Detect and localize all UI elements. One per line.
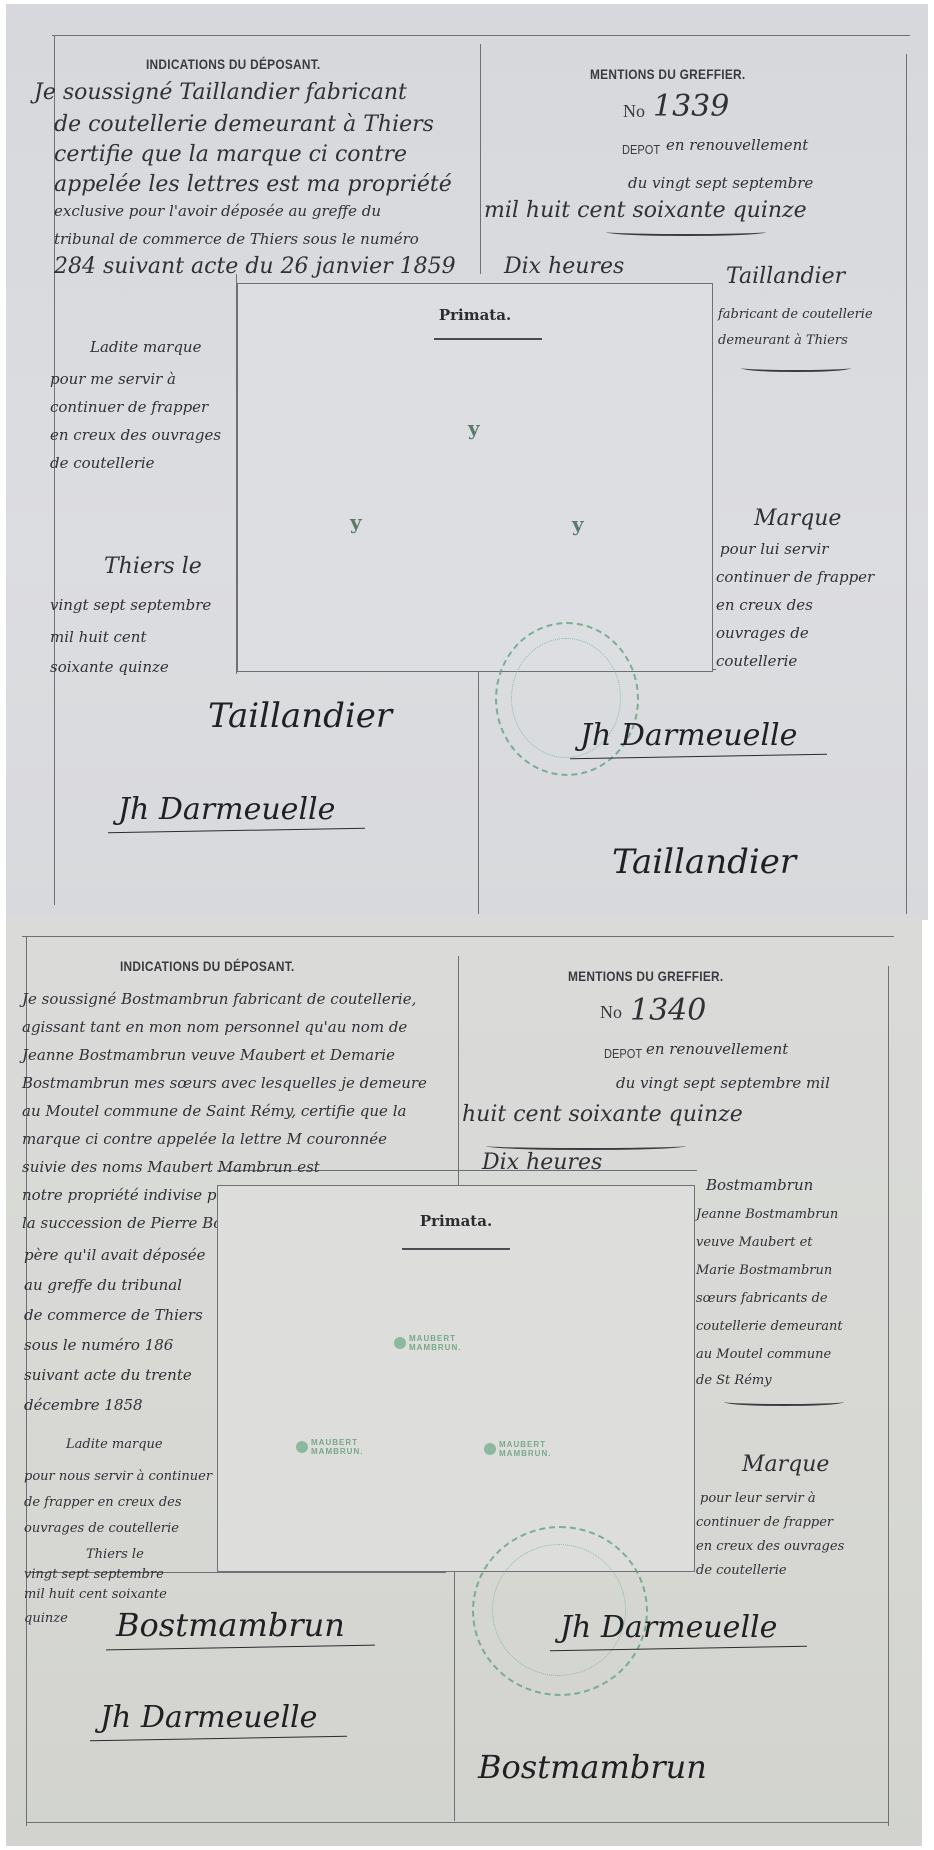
flourish — [606, 228, 766, 236]
left-margin-line: ouvrages de coutellerie — [24, 1522, 179, 1535]
depositor-line: tribunal de commerce de Thiers sous le n… — [54, 232, 419, 247]
left-margin-line: Thiers le — [86, 1548, 144, 1561]
mark-text-bottom: MAMBRUN. — [409, 1343, 461, 1352]
maubert-mambrun-mark: MAUBERTMAMBRUN. — [484, 1440, 551, 1458]
left-margin-line: de coutellerie — [50, 456, 155, 471]
trademark-y: y — [572, 512, 584, 536]
right-margin-line: pour leur servir à — [700, 1492, 816, 1505]
right-margin-line: de St Rémy — [696, 1374, 772, 1387]
depositor-signature-right: Taillandier — [612, 842, 796, 882]
mark-text-bottom: MAMBRUN. — [499, 1449, 551, 1458]
crown-emblem-icon — [484, 1443, 496, 1455]
greffier-date-line: du vingt sept septembre — [628, 176, 813, 191]
greffier-date-line: mil huit cent soixante quinze — [484, 200, 807, 222]
frame-top-rule — [52, 35, 910, 36]
depot-text: en renouvellement — [666, 138, 808, 153]
flourish — [486, 1142, 686, 1150]
depot-label: DEPOT — [622, 142, 660, 157]
title-underline — [434, 338, 542, 340]
depositor-signature: Taillandier — [208, 696, 392, 736]
greffier-side-line: Taillandier — [726, 266, 845, 288]
clerk-signature-text: Jh Darmeuelle — [118, 792, 335, 827]
trademark-box-1340: Primata. MAUBERTMAMBRUN. MAUBERTMAMBRUN.… — [217, 1185, 695, 1572]
clerk-signature-text: Jh Darmeuelle — [580, 718, 797, 753]
left-heading: INDICATIONS DU DÉPOSANT. — [146, 56, 321, 72]
left-margin-line: mil huit cent — [50, 630, 146, 645]
left-heading: INDICATIONS DU DÉPOSANT. — [120, 958, 295, 974]
right-margin-line: Marie Bostmambrun — [696, 1264, 832, 1277]
right-margin-line: en creux des ouvrages — [696, 1540, 844, 1553]
clerk-signature-left: Jh Darmeuelle — [100, 1700, 317, 1735]
column-divider-bottom — [454, 1571, 455, 1821]
depositor-line: suivant acte du trente — [24, 1368, 192, 1383]
left-margin-line: pour me servir à — [50, 372, 176, 387]
trademark-y: y — [468, 416, 480, 440]
greffier-side-line: fabricant de coutellerie — [718, 308, 873, 321]
left-margin-line: en creux des ouvrages — [50, 428, 221, 443]
depositor-line: marque ci contre appelée la lettre M cou… — [22, 1132, 387, 1147]
right-margin-line: Jeanne Bostmambrun — [696, 1208, 838, 1221]
depositor-line: père qu'il avait déposée — [24, 1248, 206, 1263]
frame-right-rule — [888, 966, 889, 1826]
title-underline — [402, 1248, 510, 1250]
right-heading: MENTIONS DU GREFFIER. — [590, 66, 745, 82]
depositor-line: Bostmambrun mes sœurs avec lesquelles je… — [22, 1076, 427, 1091]
right-margin-line: ouvrages de — [716, 626, 809, 641]
flourish — [741, 364, 851, 372]
clerk-signature-text: Jh Darmeuelle — [560, 1610, 777, 1645]
frame-top-rule — [22, 936, 894, 937]
maubert-mambrun-mark: MAUBERTMAMBRUN. — [296, 1438, 363, 1456]
mark-text-top: MAUBERT — [409, 1334, 456, 1343]
record-number: 1340 — [630, 996, 706, 1026]
right-margin-line: Bostmambrun — [706, 1178, 813, 1193]
column-divider-top — [480, 44, 481, 274]
left-margin-line: de frapper en creux des — [24, 1496, 182, 1509]
depositor-signature: Bostmambrun — [116, 1606, 345, 1644]
mark-text-top: MAUBERT — [311, 1438, 358, 1447]
frame-bottom-rule — [26, 1822, 888, 1823]
depositor-line: au greffe du tribunal — [24, 1278, 182, 1293]
depot-label: DEPOT — [604, 1046, 642, 1061]
depositor-line: Je soussigné Taillandier fabricant — [34, 82, 407, 104]
right-margin-line: continuer de frapper — [696, 1516, 833, 1529]
greffier-date-line: du vingt sept septembre mil — [616, 1076, 830, 1091]
depositor-line: de coutellerie demeurant à Thiers — [54, 114, 434, 136]
clerk-signature-text: Jh Darmeuelle — [100, 1700, 317, 1735]
right-margin-line: coutellerie — [716, 654, 797, 669]
depositor-line: certifie que la marque ci contre — [54, 144, 407, 166]
depositor-line: au Moutel commune de Saint Rémy, certifi… — [22, 1104, 406, 1119]
left-margin-line: vingt sept septembre — [50, 598, 211, 613]
left-margin-line: Ladite marque — [66, 1438, 163, 1451]
maubert-mambrun-mark: MAUBERTMAMBRUN. — [394, 1334, 461, 1352]
depositor-line: sous le numéro 186 — [24, 1338, 173, 1353]
mark-box-title: Primata. — [218, 1212, 694, 1230]
left-margin-line: quinze — [24, 1612, 68, 1625]
right-margin-line: Marque — [742, 1454, 829, 1476]
mark-text-top: MAUBERT — [499, 1440, 546, 1449]
trademark-y: y — [350, 510, 362, 534]
depositor-line: 284 suivant acte du 26 janvier 1859 — [54, 256, 456, 278]
depositor-signature-right: Bostmambrun — [478, 1748, 707, 1786]
depositor-line: suivie des noms Maubert Mambrun est — [22, 1160, 320, 1175]
depot-text: en renouvellement — [646, 1042, 788, 1057]
depositor-line: Je soussigné Bostmambrun fabricant de co… — [22, 992, 416, 1007]
right-margin-line: coutellerie demeurant — [696, 1320, 843, 1333]
column-divider-bottom — [478, 669, 479, 914]
depositor-line: décembre 1858 — [24, 1398, 143, 1413]
depositor-line: appelée les lettres est ma propriété — [54, 174, 452, 196]
left-margin-line: Thiers le — [104, 556, 202, 578]
greffier-time: Dix heures — [504, 256, 624, 278]
record-number: 1339 — [653, 92, 729, 122]
greffier-date-line: huit cent soixante quinze — [462, 1104, 743, 1126]
trademark-box-1339: Primata. y y y — [237, 283, 713, 672]
crown-emblem-icon — [296, 1441, 308, 1453]
mark-text-bottom: MAMBRUN. — [311, 1447, 363, 1456]
number-label: No — [600, 1002, 622, 1023]
right-margin-line: pour lui servir — [720, 542, 828, 557]
clerk-signature-left: Jh Darmeuelle — [118, 792, 335, 827]
number-label: No — [623, 101, 645, 122]
greffier-side-line: demeurant à Thiers — [718, 334, 848, 347]
right-margin-line: sœurs fabricants de — [696, 1292, 828, 1305]
right-margin-line: continuer de frapper — [716, 570, 874, 585]
left-margin-line: pour nous servir à continuer — [24, 1470, 212, 1483]
mark-box-title: Primata. — [238, 306, 712, 324]
left-margin-line: vingt sept septembre — [24, 1568, 164, 1581]
depositor-line: Jeanne Bostmambrun veuve Maubert et Dema… — [22, 1048, 395, 1063]
depositor-line: exclusive pour l'avoir déposée au greffe… — [54, 204, 381, 219]
depositor-signature-text: Bostmambrun — [116, 1606, 345, 1644]
clerk-signature-right: Jh Darmeuelle — [560, 1610, 777, 1645]
left-margin-line: soixante quinze — [50, 660, 169, 675]
flourish — [724, 1398, 844, 1406]
depositor-line: de commerce de Thiers — [24, 1308, 203, 1323]
right-heading: MENTIONS DU GREFFIER. — [568, 968, 723, 984]
left-margin-line: Ladite marque — [90, 340, 201, 355]
crown-emblem-icon — [394, 1337, 406, 1349]
greffier-time: Dix heures — [482, 1152, 602, 1174]
right-margin-line: Marque — [754, 508, 841, 530]
column-divider-top — [458, 956, 459, 1196]
depositor-line: agissant tant en mon nom personnel qu'au… — [22, 1020, 407, 1035]
frame-right-rule — [906, 54, 907, 914]
left-margin-line: continuer de frapper — [50, 400, 208, 415]
left-margin-line: mil huit cent soixante — [24, 1588, 167, 1601]
right-margin-line: veuve Maubert et — [696, 1236, 813, 1249]
right-margin-line: en creux des — [716, 598, 813, 613]
right-margin-line: de coutellerie — [696, 1564, 787, 1577]
right-margin-line: au Moutel commune — [696, 1348, 831, 1361]
clerk-signature-right: Jh Darmeuelle — [580, 718, 797, 753]
